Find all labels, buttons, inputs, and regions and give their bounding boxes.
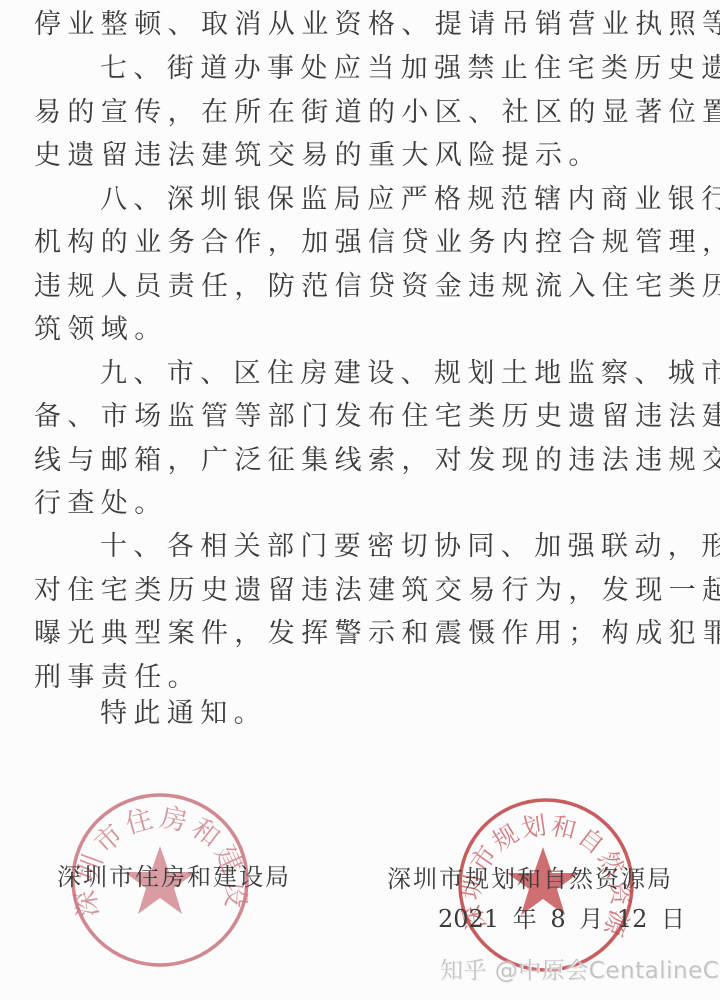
text-line-clause-10: 十、各相关部门要密切协同、加强联动，形成查处合力， [100,527,720,567]
text-line: 行查处。 [34,484,714,524]
signature-housing-bureau: 深圳市住房和建设局 [57,862,291,892]
text-line-clause-8: 八、深圳银保监局应严格规范辖内商业银行与房地产中介 [100,180,720,220]
text-line: 机构的业务合作，加强信贷业务内控合规管理，依法追究违法 [34,223,714,263]
text-line-clause-7: 七、街道办事处应当加强禁止住宅类历史遗留违法建筑交 [100,49,720,89]
text-line: 易的宣传，在所在街道的小区、社区的显著位置张贴住宅类历 [34,93,714,133]
text-line: 停业整顿、取消从业资格、提请吊销营业执照等处理措施。 [34,5,714,45]
text-line: 备、市场监管等部门发布住宅类历史遗留违法建筑交易举报热 [34,397,714,437]
closing-line: 特此通知。 [100,694,720,734]
document-page: 停业整顿、取消从业资格、提请吊销营业执照等处理措施。 七、街道办事处应当加强禁止… [0,0,720,1000]
text-line: 线与邮箱，广泛征集线索，对发现的违法违规交易行为及时进 [34,441,714,481]
signature-planning-bureau: 深圳市规划和自然资源局 [387,864,673,894]
text-line: 对住宅类历史遗留违法建筑交易行为，发现一起，查处一起， [34,571,714,611]
text-line: 史遗留违法建筑交易的重大风险提示。 [34,136,714,176]
text-line-clause-9: 九、市、区住房建设、规划土地监察、城市更新和土地整 [100,354,720,394]
zhihu-watermark: 知乎 @中原会CentalineC... [440,952,720,985]
text-line: 刑事责任。 [34,658,714,698]
document-date: 2021 年 8 月 12 日 [438,904,685,934]
text-line: 违规人员责任，防范信贷资金违规流入住宅类历史遗留违法建 [34,267,714,307]
text-line: 筑领域。 [34,310,714,350]
text-line: 曝光典型案件，发挥警示和震慑作用；构成犯罪的，依法追究 [34,614,714,654]
